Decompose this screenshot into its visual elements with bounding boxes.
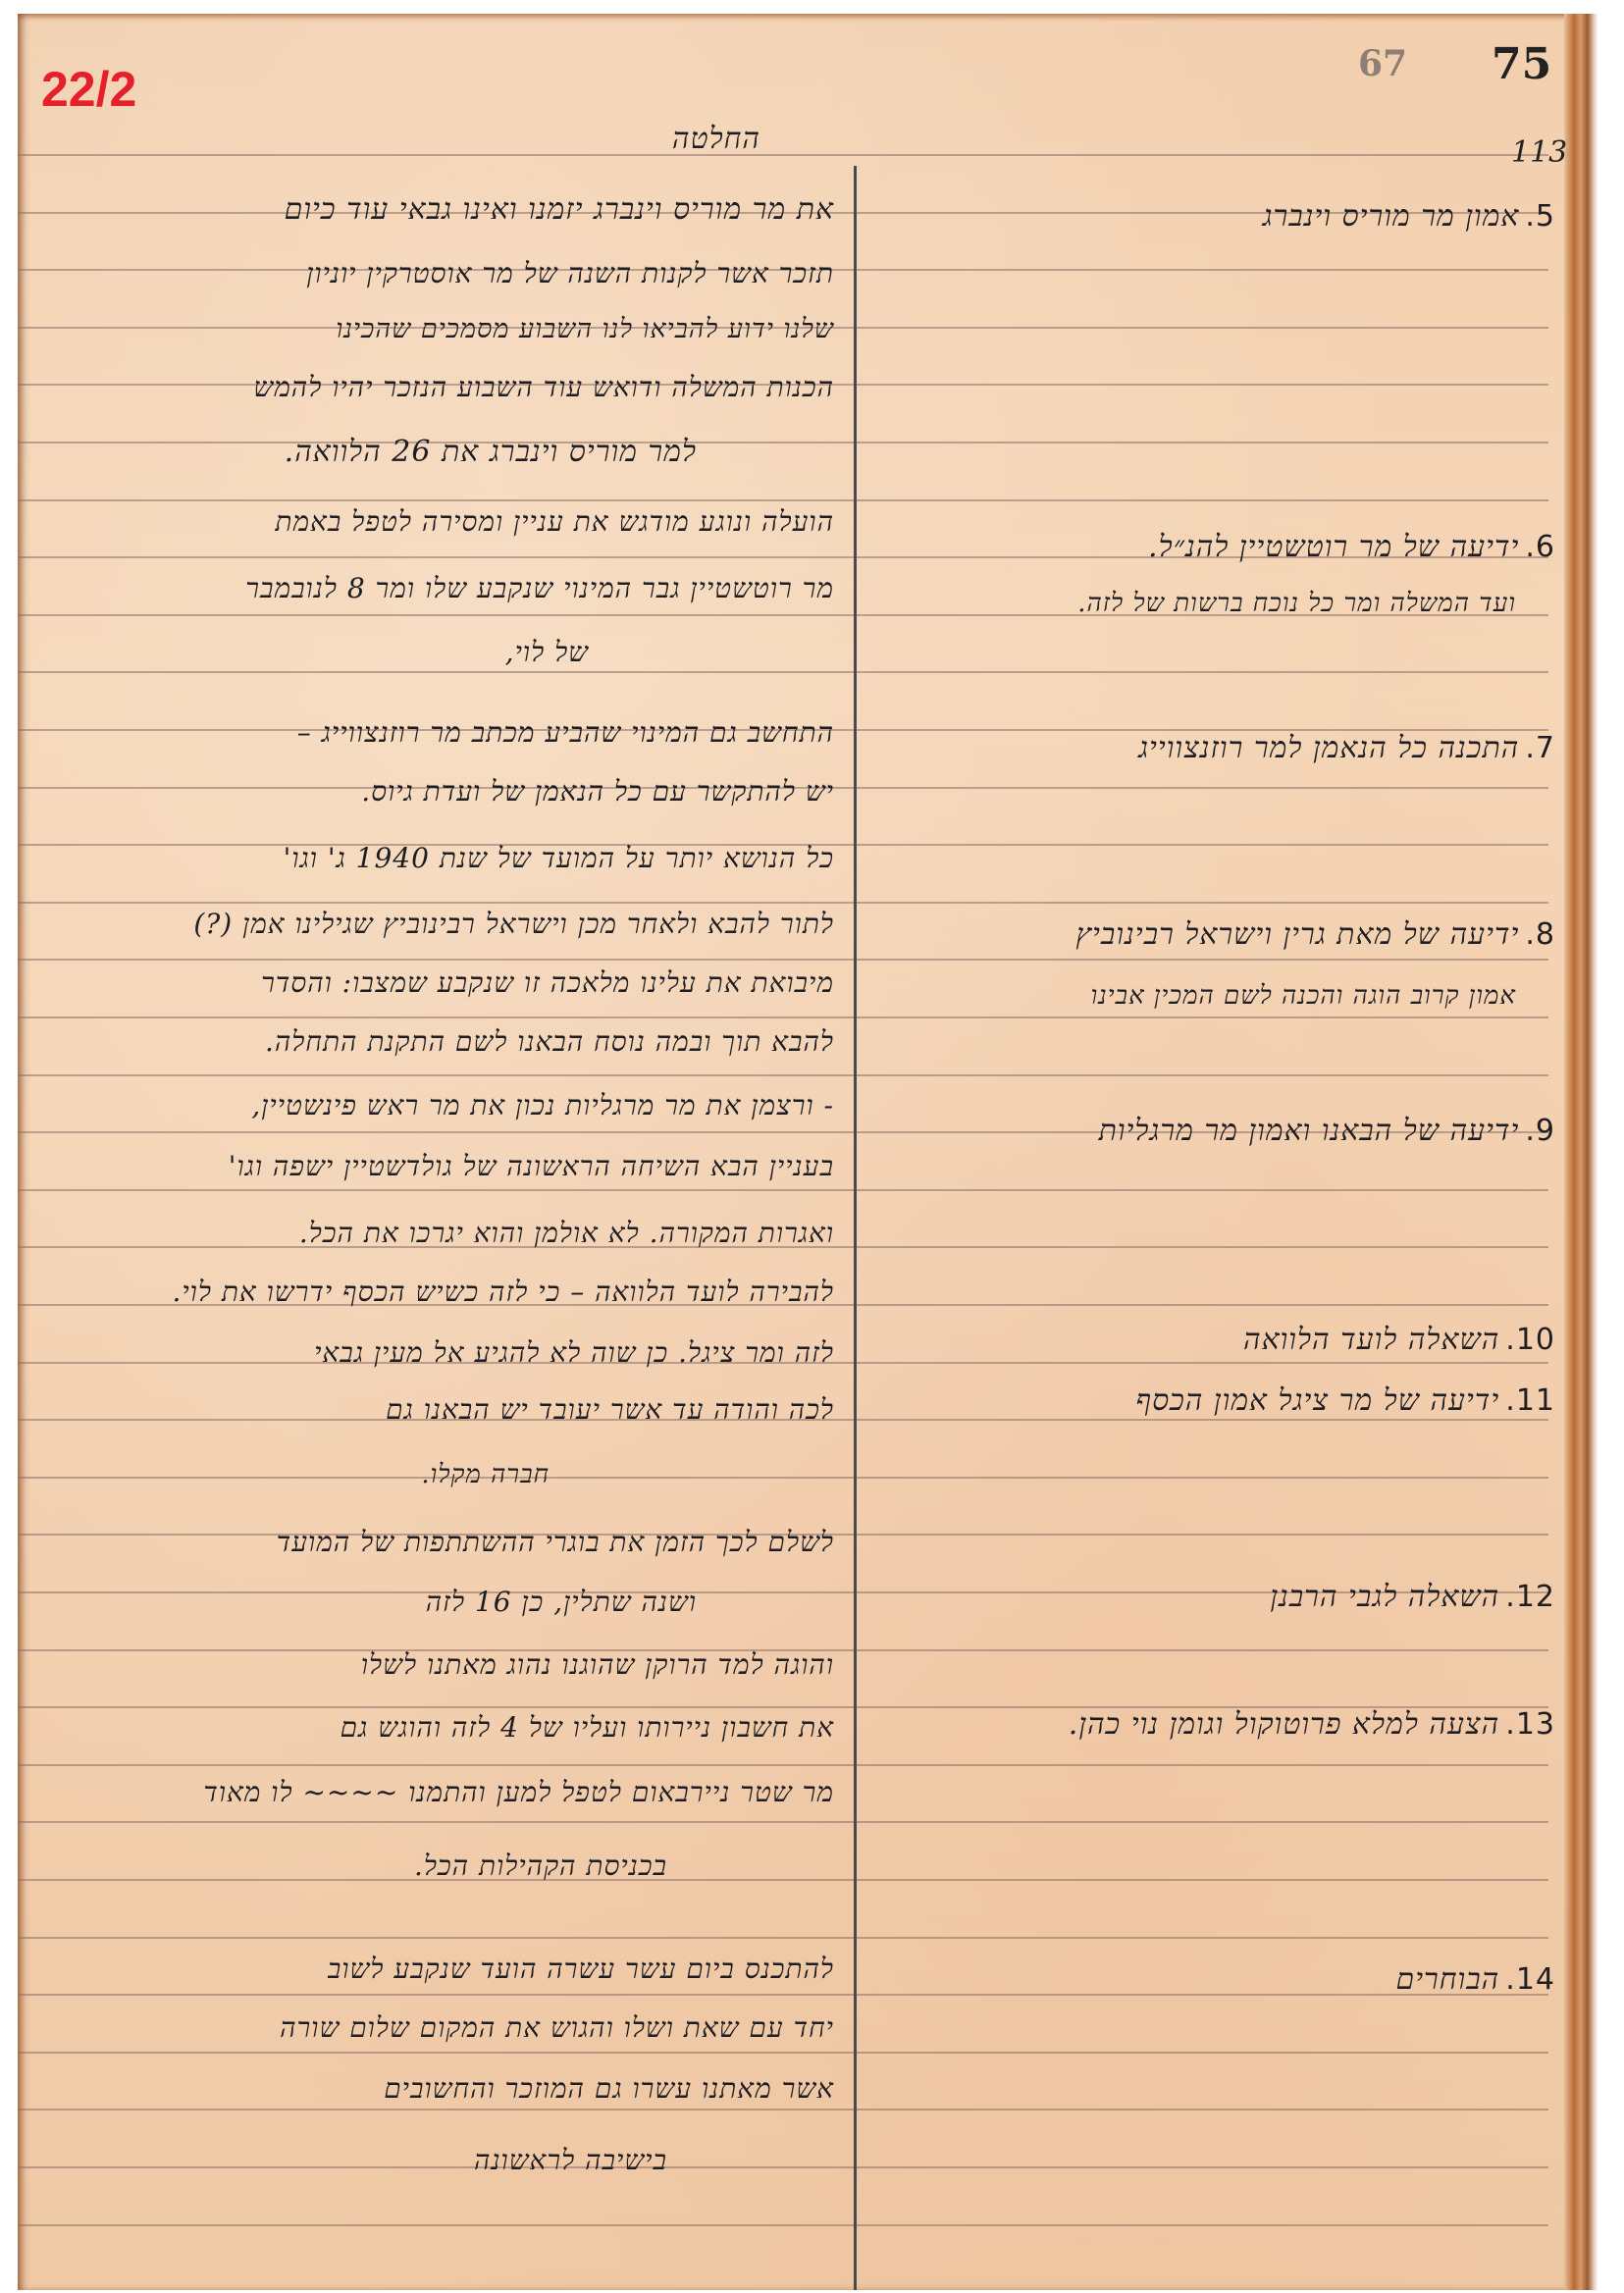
decision-line: הועלה ונוגע מודגש את עניין ומסירה לטפל ב… — [275, 505, 834, 539]
decision-line: להבירה לועד הלוואה – כי לזה כשיש הכסף יד… — [172, 1276, 834, 1309]
decision-line: לכה והודה עד אשר יעובד יש הבאנו גם — [386, 1393, 834, 1427]
agenda-item: 10.השאלה לועד הלוואה — [1243, 1323, 1555, 1357]
agenda-item-text: השאלה לגבי הרבנן — [1270, 1580, 1499, 1614]
page-number: 75 — [1492, 39, 1551, 89]
decision-line: יחד עם שאת ושלו והגוש את המקום שלום שורה — [280, 2011, 834, 2045]
decision-line: יש להתקשר עם כל הנאמן של ועדת גיוס. — [361, 775, 834, 808]
decision-line: לתור להבא ולאחר מכן וישראל רבינוביץ שגיל… — [193, 908, 834, 941]
red-annotation: 22/2 — [41, 61, 136, 118]
decision-line: ושנה שתלין, כן 16 לזה — [426, 1586, 697, 1619]
decision-line: בעניין הבא השיחה הראשונה של גולדשטיין יש… — [229, 1150, 834, 1183]
agenda-item-number: 5. — [1525, 199, 1555, 234]
agenda-item: 5.אמון מר מוריס וינברג — [1263, 199, 1555, 234]
agenda-item-number: 7. — [1525, 731, 1555, 765]
decision-line: לזה ומר ציגל. כן שוה לא להגיע אל מעין גב… — [314, 1336, 834, 1370]
decision-heading: החלטה — [672, 122, 760, 156]
decision-line: להתכנס ביום עשר עשרה הועד שנקבע לשוב — [328, 1953, 834, 1986]
decision-line: של לוי, — [505, 636, 589, 669]
agenda-item-number: 9. — [1525, 1114, 1555, 1148]
decision-line: מר שטר ניירבאום לטפל למען והתמנו ~~~~ לו… — [203, 1776, 834, 1809]
page-number-bleed: 67 — [1358, 43, 1407, 84]
agenda-item: 7.התכנה כל הנאמן למר רוזנצווייג — [1138, 731, 1555, 765]
agenda-item: 13.הצעה למלא פרוטוקול וגומן נוי כהן. — [1069, 1707, 1555, 1742]
decision-line: בישיבה לראשונה — [474, 2144, 667, 2177]
agenda-item-text: הבוחרים — [1395, 1962, 1499, 1997]
column-divider — [854, 166, 857, 2290]
decision-line: כל הנושא יותר על המועד של שנת 1940 ג' וג… — [284, 842, 834, 875]
decision-line: שלנו ידוע להביאו לנו השבוע מסמכים שהכינו — [336, 314, 834, 344]
agenda-item-number: 14. — [1505, 1962, 1555, 1997]
decision-line: מיבואת את עלינו מלאכה זו שנקבע שמצבו: וה… — [261, 966, 834, 1000]
decision-line: למר מוריס וינברג את 26 הלוואה. — [285, 435, 697, 469]
agenda-item-number: 12. — [1505, 1580, 1555, 1614]
decision-line: אשר מאתנו עשרו גם המוזכר והחשובים — [384, 2072, 834, 2106]
agenda-item-note: אמון קרוב הוגה והכנה לשם המכין אבינו — [1091, 981, 1516, 1011]
agenda-item-text: השאלה לועד הלוואה — [1243, 1323, 1499, 1357]
agenda-item-text: הצעה למלא פרוטוקול וגומן נוי כהן. — [1069, 1707, 1499, 1742]
decision-line: תזכר אשר לקנות השנה של מר אוסטרקין יוניו… — [306, 257, 834, 290]
decision-line: הכנות המשלה ודואש עוד השבוע הנזכר יהיו ל… — [253, 371, 834, 404]
decision-line: להבא תוך ובמה נוסח הבאנו לשם התקנת התחלה… — [265, 1025, 834, 1059]
agenda-item-text: ידיעה של מר רוטשטיין להנ״ל. — [1148, 530, 1519, 564]
decision-line: ואגרות המקורה. לא אולמן והוא יגרכו את הכ… — [299, 1217, 834, 1250]
decision-line: חברה מקלו. — [421, 1460, 550, 1489]
agenda-item: 9.ידיעה של הבאנו ואמון מר מרגליות — [1099, 1114, 1555, 1148]
agenda-item-number: 6. — [1525, 530, 1555, 564]
decision-line: והוגה למד הרוקן שהוגנו נהוג מאתנו לשלו — [361, 1648, 834, 1682]
decision-line: את מר מוריס וינברג יזמנו ואינו גבאי עוד … — [285, 192, 834, 227]
decision-line: בכניסת הקהילות הכל. — [414, 1850, 667, 1883]
agenda-item-text: התכנה כל הנאמן למר רוזנצווייג — [1138, 731, 1519, 765]
agenda-item-number: 13. — [1505, 1707, 1555, 1742]
agenda-item-text: אמון מר מוריס וינברג — [1263, 199, 1520, 234]
decision-line: את חשבון ניירותו ועליו של 4 לזה והוגש גם — [341, 1711, 834, 1745]
decision-line: התחשב גם המינוי שהביע מכתב מר רוזנצווייג… — [297, 716, 834, 750]
agenda-item: 6.ידיעה של מר רוטשטיין להנ״ל. — [1148, 530, 1555, 564]
decision-line: מר רוטשטיין גבר המינוי שנקבע שלו ומר 8 ל… — [245, 572, 834, 605]
folio-number: 113 — [1511, 135, 1567, 170]
agenda-item-number: 10. — [1505, 1323, 1555, 1357]
agenda-item: 8.ידיעה של מאת גרין וישראל רבינוביץ — [1075, 917, 1555, 952]
agenda-item-text: ידיעה של הבאנו ואמון מר מרגליות — [1099, 1114, 1520, 1148]
agenda-item-number: 8. — [1525, 917, 1555, 952]
agenda-item: 12.השאלה לגבי הרבנן — [1270, 1580, 1555, 1614]
agenda-item-text: ידיעה של מר ציגל אמון הכסף — [1136, 1383, 1500, 1418]
agenda-item-number: 11. — [1505, 1383, 1555, 1418]
agenda-item-note: ועד המשלה ומר כל נוכח ברשות של לזה. — [1077, 589, 1516, 618]
agenda-item-text: ידיעה של מאת גרין וישראל רבינוביץ — [1075, 917, 1519, 952]
decision-line: - ורצמן את מר מרגליות נכון את מר ראש פינ… — [251, 1089, 834, 1122]
agenda-item: 11.ידיעה של מר ציגל אמון הכסף — [1136, 1383, 1555, 1418]
decision-line: לשלם לכך הזמן את בוגרי ההשתתפות של המועד — [277, 1526, 834, 1559]
binding-edge — [1564, 14, 1598, 2290]
agenda-item: 14.הבוחרים — [1395, 1962, 1555, 1997]
